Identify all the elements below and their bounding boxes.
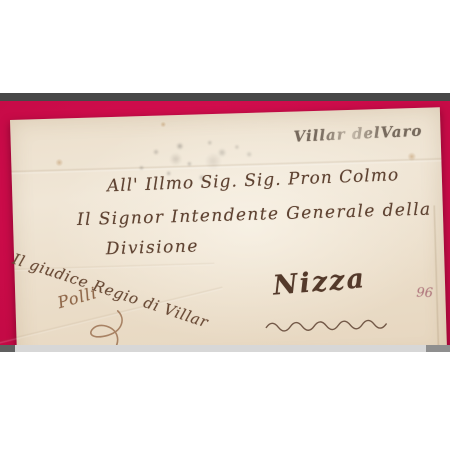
photo-bottom-right-corner: [426, 345, 450, 352]
destination: Nizza: [272, 263, 367, 302]
foxing-spot: [55, 158, 63, 166]
photo-top-bar: [0, 93, 450, 101]
signature-flourish-icon: [78, 308, 139, 345]
destination-flourish-icon: [264, 312, 394, 334]
photo-bottom-left-corner: [0, 345, 15, 352]
paper-fold-edge: [433, 205, 441, 345]
photo-bottom-strip: [0, 345, 450, 352]
postal-cover: Villar delVaro All' Illmo Sig. Sig. Pron…: [10, 107, 447, 345]
pencil-mark: 96: [416, 285, 433, 301]
address-line-2: Il Signor Intendente Generale della: [77, 200, 432, 231]
crimson-mat: Villar delVaro All' Illmo Sig. Sig. Pron…: [0, 101, 450, 345]
product-photo: Villar delVaro All' Illmo Sig. Sig. Pron…: [0, 0, 450, 450]
address-line-3: Divisione: [106, 236, 200, 259]
signature: Polli: [55, 283, 99, 312]
linear-postmark-villar-del-varo: Villar delVaro: [293, 122, 423, 146]
